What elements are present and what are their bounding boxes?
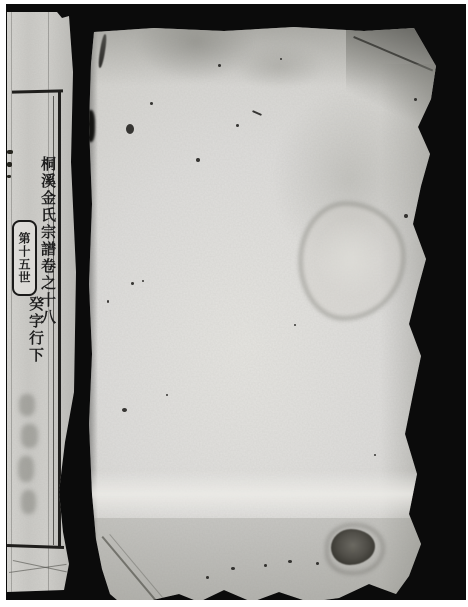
edge-partial-glyph: [7, 150, 13, 154]
speck: [404, 214, 408, 218]
blank-page: [84, 24, 440, 600]
speck: [288, 560, 292, 563]
spine-fold-line: [11, 12, 12, 594]
speck: [150, 102, 153, 105]
water-stain-large: [274, 94, 424, 264]
gutter-shadow: [84, 24, 98, 600]
ink-blot: [331, 529, 375, 565]
speck: [414, 98, 417, 101]
speck: [231, 567, 235, 570]
bleed-through-text: [21, 424, 38, 448]
generation-label-box: 第十五世: [12, 220, 37, 296]
corner-crease-mark: [97, 34, 107, 68]
top-stain-cloud: [234, 44, 324, 89]
edge-partial-glyph: [7, 175, 11, 178]
row-label-column: 癸字行下: [25, 296, 46, 392]
corner-fold-crease: [353, 36, 433, 71]
water-stain-ring: [299, 202, 405, 320]
right-edge-mottling: [380, 64, 440, 594]
page-frame-bottom: [7, 544, 64, 549]
paper-texture: [84, 24, 440, 600]
speck: [107, 300, 109, 303]
bottom-light-band: [84, 470, 440, 518]
page-frame-right-thick: [58, 90, 61, 547]
edge-partial-glyph: [7, 162, 12, 167]
speck: [252, 110, 262, 116]
genealogy-scan-photo: 桐溪金氏宗譜卷之十八 第十五世 癸字行下: [0, 0, 468, 607]
bleed-through-text: [19, 394, 35, 416]
bleed-through-text: [21, 490, 36, 514]
speck: [218, 64, 221, 67]
bottom-gray-wash: [84, 518, 440, 600]
top-stain-band: [84, 24, 440, 86]
ink-blot-rim: [326, 524, 384, 574]
bleed-through-text: [18, 456, 34, 482]
speck: [196, 158, 200, 162]
speck: [264, 564, 267, 567]
page-crease: [101, 536, 160, 600]
photo-dark-background: 桐溪金氏宗譜卷之十八 第十五世 癸字行下: [6, 4, 466, 600]
speck: [374, 454, 376, 456]
speck: [122, 408, 127, 412]
speck: [206, 576, 209, 579]
speck: [316, 562, 319, 565]
edge-tear-mark: [86, 110, 95, 142]
top-stain-cloud: [136, 26, 256, 81]
speck: [166, 394, 168, 396]
generation-label: 第十五世: [16, 232, 33, 284]
speck: [131, 282, 134, 285]
page-crease: [109, 534, 164, 599]
speck: [142, 280, 144, 282]
spine-page: 桐溪金氏宗譜卷之十八 第十五世 癸字行下: [7, 12, 78, 594]
speck: [236, 124, 239, 127]
speck: [126, 124, 134, 134]
water-stain-ring-inner: [316, 220, 386, 296]
page-frame-top: [12, 89, 63, 93]
speck: [294, 324, 296, 326]
speck: [280, 58, 282, 60]
